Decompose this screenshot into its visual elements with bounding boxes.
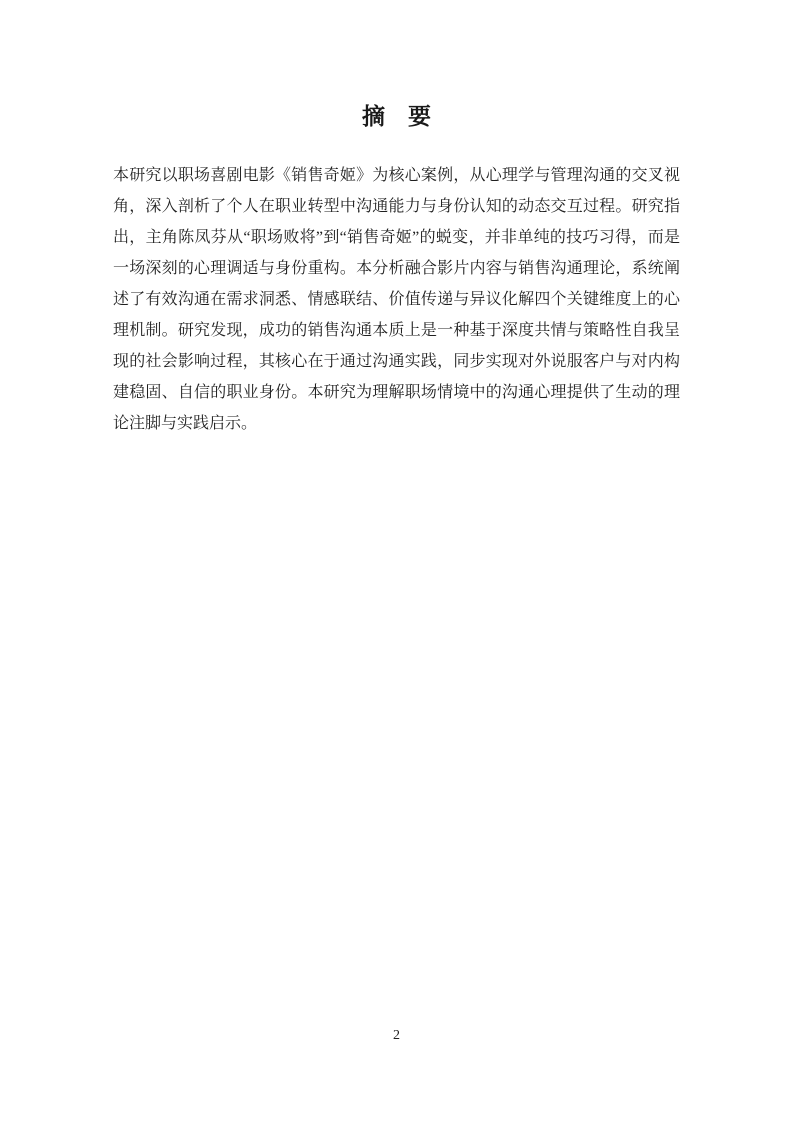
abstract-paragraph: 本研究以职场喜剧电影《销售奇姬》为核心案例，从心理学与管理沟通的交叉视角，深入剖… — [113, 160, 680, 439]
page-number: 2 — [393, 1028, 400, 1043]
document-page: 摘 要 本研究以职场喜剧电影《销售奇姬》为核心案例，从心理学与管理沟通的交叉视角… — [0, 0, 793, 1122]
page-title: 摘 要 — [0, 101, 793, 133]
page-footer: 2 — [0, 1026, 793, 1045]
